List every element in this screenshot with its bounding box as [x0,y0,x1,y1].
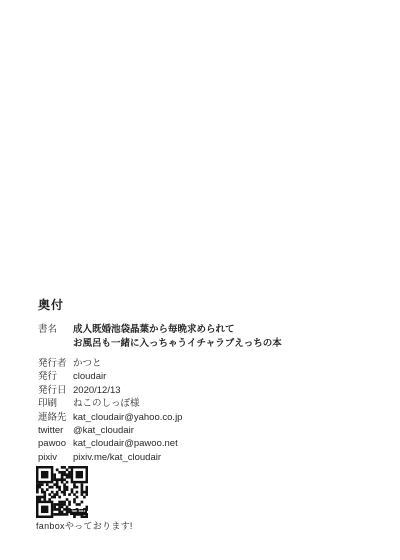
credit-label: 発行 [38,370,73,383]
credit-value: kat_cloudair@pawoo.net [73,437,178,450]
colophon-page: 奥付 書名 成人既婚池袋晶葉から毎晩求められて お風呂も一緒に入っちゃうイチャラ… [0,0,400,560]
credit-value: pixiv.me/kat_cloudair [73,451,161,464]
credit-row-circle: 発行 cloudair [38,370,282,383]
colophon-heading: 奥付 [38,296,282,313]
fanbox-logo-overlay: fan box [70,509,87,515]
credit-row-printer: 印刷 ねこのしっぽ様 [38,397,282,410]
book-title-value: 成人既婚池袋晶葉から毎晩求められて お風呂も一緒に入っちゃうイチャラブえっちの本 [73,323,282,350]
credit-value: @kat_cloudair [73,424,134,437]
book-title-row: 書名 成人既婚池袋晶葉から毎晩求められて お風呂も一緒に入っちゃうイチャラブえっ… [38,323,282,350]
credit-label: 発行者 [38,357,73,370]
fanbox-note: fanboxやっております! [36,519,133,532]
fanbox-qr-code: fan box [36,466,88,518]
book-title-line-2: お風呂も一緒に入っちゃうイチャラブえっちの本 [73,337,282,351]
credit-label: 連絡先 [38,411,73,424]
credit-row-pawoo: pawoo kat_cloudair@pawoo.net [38,437,282,450]
credit-row-date: 発行日 2020/12/13 [38,384,282,397]
credit-row-pixiv: pixiv pixiv.me/kat_cloudair [38,451,282,464]
credit-value: cloudair [73,370,106,383]
credit-row-twitter: twitter @kat_cloudair [38,424,282,437]
book-title-line-1: 成人既婚池袋晶葉から毎晩求められて [73,323,282,337]
credit-value: 2020/12/13 [73,384,121,397]
credit-label: pixiv [38,451,73,464]
credit-label: twitter [38,424,73,437]
credit-label: 発行日 [38,384,73,397]
credit-label: pawoo [38,437,73,450]
credit-value: kat_cloudair@yahoo.co.jp [73,411,182,424]
colophon-block: 奥付 書名 成人既婚池袋晶葉から毎晩求められて お風呂も一緒に入っちゃうイチャラ… [38,296,282,464]
credit-value: かつと [73,357,102,370]
credit-row-publisher: 発行者 かつと [38,357,282,370]
book-title-label: 書名 [38,323,73,350]
credit-row-contact: 連絡先 kat_cloudair@yahoo.co.jp [38,411,282,424]
credit-label: 印刷 [38,397,73,410]
credit-value: ねこのしっぽ様 [73,397,140,410]
credits-list: 発行者 かつと 発行 cloudair 発行日 2020/12/13 印刷 ねこ… [38,357,282,464]
